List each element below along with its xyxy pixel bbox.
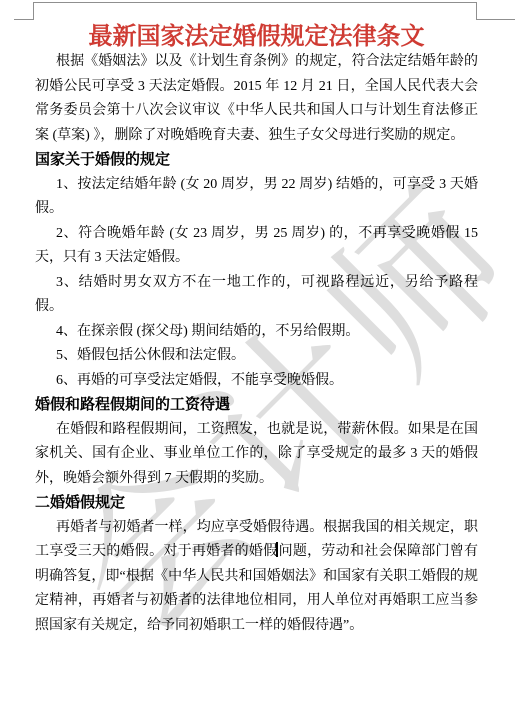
list-item[interactable]: 1、按法定结婚年龄 (女 20 周岁，男 22 周岁) 结婚的，可享受 3 天婚… [35, 173, 478, 222]
document-page: 会计师 最新国家法定婚假规定法律条文 根据《婚姻法》以及《计划生育条例》的规定，… [0, 0, 522, 719]
list-item[interactable]: 5、婚假包括公休假和法定假。 [35, 344, 478, 369]
document-content: 最新国家法定婚假规定法律条文 根据《婚姻法》以及《计划生育条例》的规定，符合法定… [35, 0, 478, 638]
body-paragraph[interactable]: 在婚假和路程假期间，工资照发，也就是说，带薪休假。如果是在国家机关、国有企业、事… [35, 418, 478, 492]
body-paragraph[interactable]: 再婚者与初婚者一样，均应享受婚假待遇。根据我国的相关规定，职工享受三天的婚假。对… [35, 516, 478, 639]
document-title[interactable]: 最新国家法定婚假规定法律条文 [35, 24, 478, 50]
intro-paragraph[interactable]: 根据《婚姻法》以及《计划生育条例》的规定，符合法定结婚年龄的初婚公民可享受 3 … [35, 50, 478, 148]
list-item[interactable]: 6、再婚的可享受法定婚假，不能享受晚婚假。 [35, 369, 478, 394]
section-heading-pay-during-leave[interactable]: 婚假和路程假期间的工资待遇 [35, 393, 478, 418]
margin-mark-left-vertical [33, 2, 34, 20]
section-heading-remarriage-leave[interactable]: 二婚婚假规定 [35, 491, 478, 516]
margin-mark-left-tick [14, 19, 33, 20]
text-boundary-top-line [33, 2, 476, 3]
list-item[interactable]: 3、结婚时男女双方不在一地工作的，可视路程远近，另给予路程假。 [35, 271, 478, 320]
margin-mark-right-tick [476, 19, 515, 20]
section-heading-marriage-leave-rules[interactable]: 国家关于婚假的规定 [35, 148, 478, 173]
list-item[interactable]: 4、在探亲假 (探父母) 期间结婚的，不另给假期。 [35, 320, 478, 345]
margin-mark-right-vertical [476, 2, 477, 20]
list-item[interactable]: 2、符合晚婚年龄 (女 23 周岁，男 25 周岁) 的，不再享受晚婚假 15 … [35, 222, 478, 271]
